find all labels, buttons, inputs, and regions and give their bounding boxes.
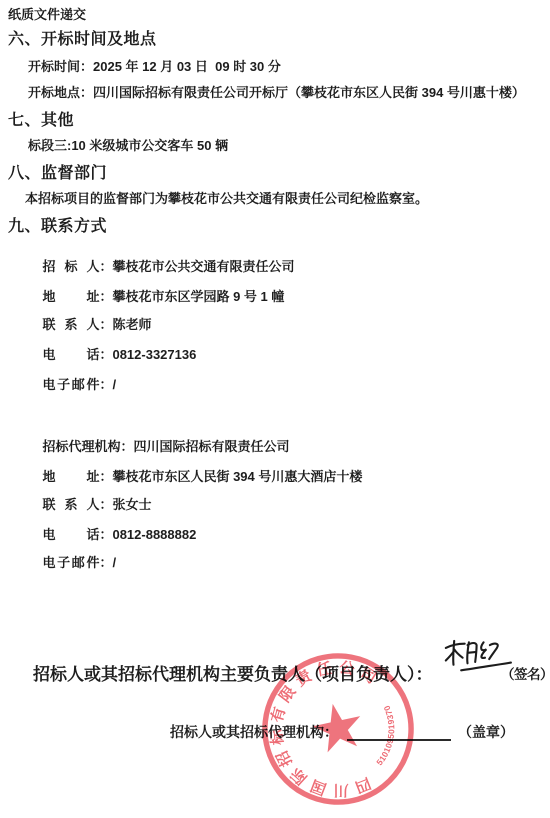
field-value: 四川国际招标有限责任公司 (133, 439, 289, 454)
document-page: 纸质文件递交 六、开标时间及地点 开标时间：2025 年 12 月 03 日 0… (0, 0, 550, 818)
opening-place-line: 开标地点：四川国际招标有限责任公司开标厅（攀枝花市东区人民街 394 号川惠十楼… (28, 86, 525, 101)
supervision-body-line: 本招标项目的监督部门为攀枝花市公共交通有限责任公司纪检监察室。 (25, 192, 428, 207)
paper-delivery-line: 纸质文件递交 (8, 8, 86, 23)
stamp-suffix: （盖章） (458, 722, 514, 742)
label-colon: ： (99, 469, 112, 484)
label-colon: ： (99, 377, 112, 392)
label-colon: ： (99, 259, 112, 274)
label-colon: ： (99, 497, 112, 512)
company-seal: 四川国际招标有限责任公司 5101095019370 (259, 650, 417, 808)
sign-name-suffix: （签名） (501, 663, 550, 683)
field-value: 陈老师 (112, 317, 151, 332)
field-label: 电子邮件 (42, 378, 99, 393)
seal-star-icon (310, 702, 361, 755)
label-colon: ： (99, 555, 112, 570)
field-value: 0812-8888882 (112, 527, 196, 542)
field-label: 招标代理机构 (42, 440, 120, 455)
section-heading-contact: 九、联系方式 (8, 218, 107, 236)
label-colon: ： (99, 347, 112, 362)
field-label: 招标人 (42, 260, 99, 275)
field-label: 联系人 (42, 498, 99, 513)
field-value: 攀枝花市东区人民街 394 号川惠大酒店十楼 (112, 469, 362, 484)
field-label: 电话 (42, 348, 99, 363)
field-label: 联系人 (42, 318, 99, 333)
field-value: / (112, 555, 116, 570)
field-value: 张女士 (112, 497, 151, 512)
label-colon: ： (99, 289, 112, 304)
field-value: / (112, 377, 116, 392)
svg-text:5101095019370: 5101095019370 (374, 703, 400, 769)
field-value: 0812-3327136 (112, 347, 196, 362)
section-heading-supervision: 八、监督部门 (8, 165, 107, 183)
field-value: 攀枝花市公共交通有限责任公司 (112, 259, 294, 274)
section-heading-opening: 六、开标时间及地点 (8, 31, 157, 49)
opening-time-line: 开标时间：2025 年 12 月 03 日 09 时 30 分 (28, 60, 281, 75)
label-colon: ： (99, 317, 112, 332)
seal-number: 5101095019370 (374, 703, 400, 769)
contact-row-email: 电子邮件：/ (28, 541, 116, 586)
label-colon: ： (120, 439, 133, 454)
label-colon: ： (99, 527, 112, 542)
other-body-line: 标段三:10 米级城市公交客车 50 辆 (28, 139, 228, 154)
contact-row-email: 电子邮件：/ (28, 363, 116, 408)
field-value: 攀枝花市东区学园路 9 号 1 幢 (112, 289, 284, 304)
field-label: 电子邮件 (42, 556, 99, 571)
section-heading-other: 七、其他 (8, 112, 74, 130)
